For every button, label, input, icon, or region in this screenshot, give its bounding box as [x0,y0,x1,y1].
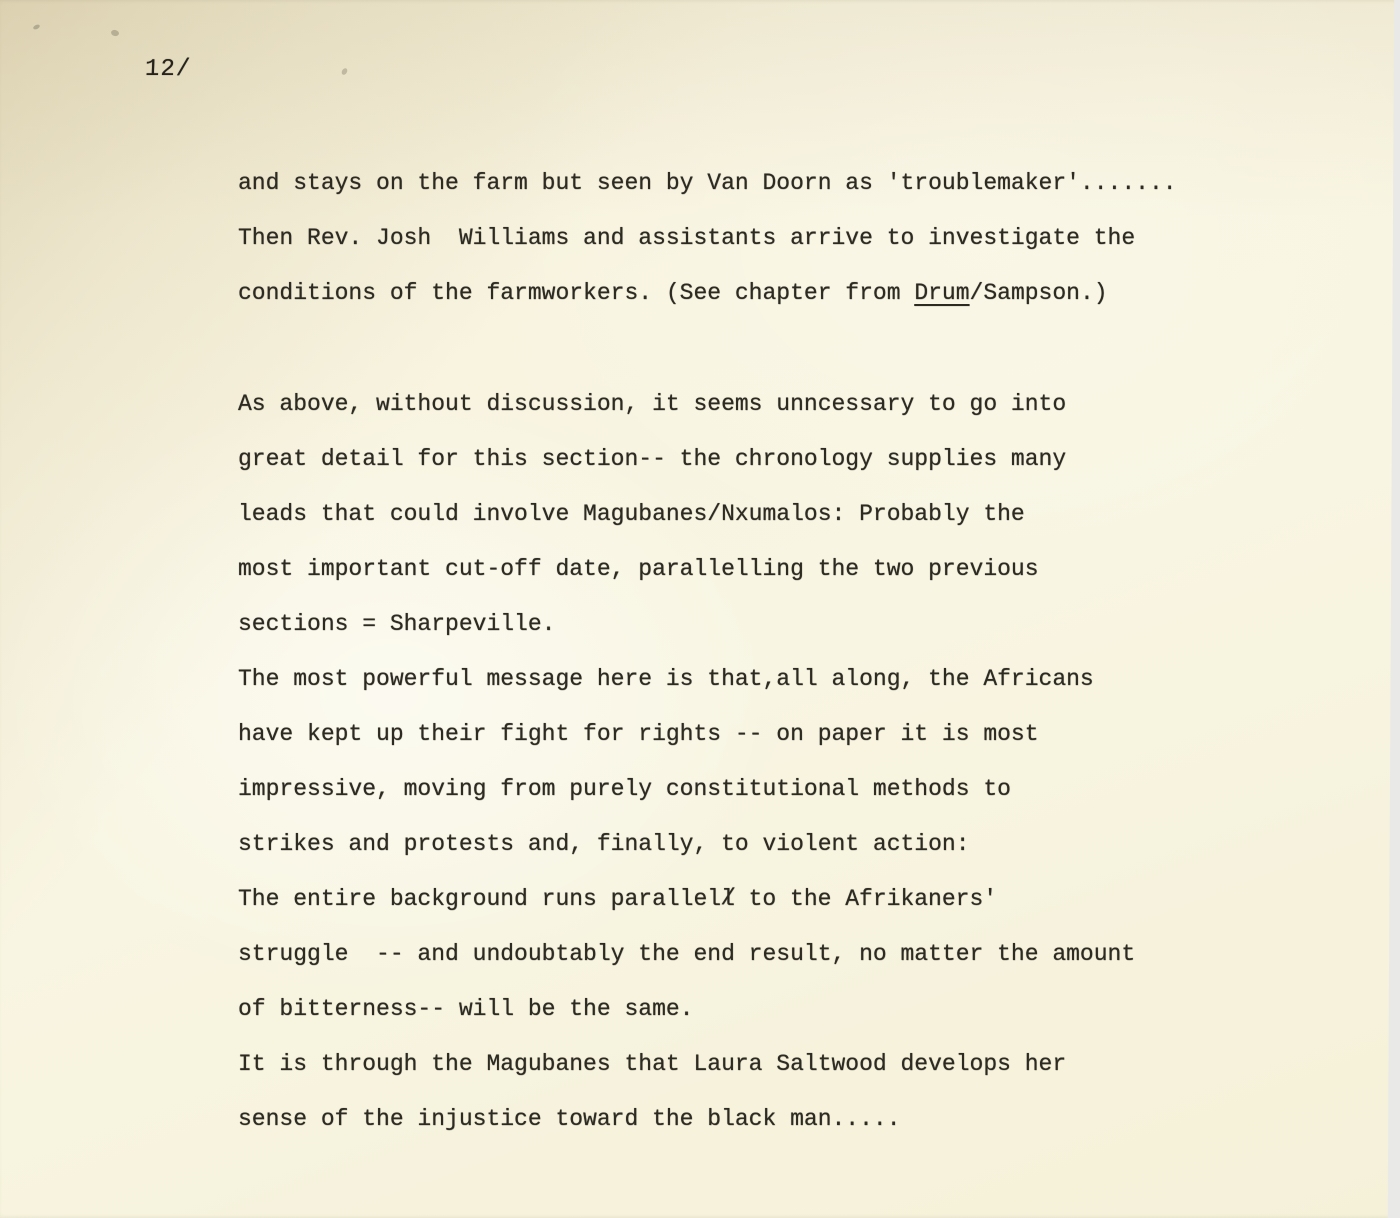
page-number: 12/ [145,56,192,83]
typewritten-line: The entire background runs parallell/ to… [238,872,1238,927]
text-segment: conditions of the farmworkers. (See chap… [238,280,914,306]
typewritten-text: and stays on the farm but seen by Van Do… [238,156,1238,1147]
typewritten-line: most important cut-off date, parallellin… [238,542,1238,597]
typewritten-line: leads that could involve Magubanes/Nxuma… [238,487,1238,542]
text-segment: As above, without discussion, it seems u… [238,391,1066,417]
text-segment: to the Afrikaners' [735,886,997,912]
text-segment: most important cut-off date, parallellin… [238,556,1039,582]
typewritten-line: The most powerful message here is that,a… [238,652,1238,707]
paper-speck [110,29,119,37]
typewritten-line: strikes and protests and, finally, to vi… [238,817,1238,872]
text-segment: leads that could involve Magubanes/Nxuma… [238,501,1025,527]
text-segment: sense of the injustice toward the black … [238,1106,901,1132]
typewritten-line: have kept up their fight for rights -- o… [238,707,1238,762]
overstrike-slash: / [718,871,738,926]
text-segment: have kept up their fight for rights -- o… [238,721,1039,747]
text-segment: /Sampson.) [970,280,1108,306]
paper-speck [341,67,349,76]
typewritten-line: As above, without discussion, it seems u… [238,377,1238,432]
typewritten-line: great detail for this section-- the chro… [238,432,1238,487]
text-segment: sections = Sharpeville. [238,611,555,637]
typewritten-line: struggle -- and undoubtably the end resu… [238,927,1238,982]
underlined-text: Drum [914,280,969,306]
typewritten-line: and stays on the farm but seen by Van Do… [238,156,1238,211]
text-segment: great detail for this section-- the chro… [238,446,1066,472]
typewritten-line: conditions of the farmworkers. (See chap… [238,266,1238,321]
paragraph: As above, without discussion, it seems u… [238,377,1238,1147]
text-segment: struggle -- and undoubtably the end resu… [238,941,1135,967]
typewritten-line: impressive, moving from purely constitut… [238,762,1238,817]
text-segment: The most powerful message here is that,a… [238,666,1094,692]
text-segment: Then Rev. Josh Williams and assistants a… [238,225,1135,251]
typewritten-line: Then Rev. Josh Williams and assistants a… [238,211,1238,266]
text-segment: The entire background runs parallel [238,886,721,912]
text-segment: and stays on the farm but seen by Van Do… [238,170,1177,196]
paragraph: and stays on the farm but seen by Van Do… [238,156,1238,321]
typewritten-line: It is through the Magubanes that Laura S… [238,1037,1238,1092]
typewritten-line: of bitterness-- will be the same. [238,982,1238,1037]
text-segment: strikes and protests and, finally, to vi… [238,831,970,857]
text-segment: It is through the Magubanes that Laura S… [238,1051,1066,1077]
paper-speck [32,24,40,31]
paper-sheet: 12/ and stays on the farm but seen by Va… [0,0,1400,1218]
typewritten-line: sense of the injustice toward the black … [238,1092,1238,1147]
text-segment: of bitterness-- will be the same. [238,996,693,1022]
typewritten-line: sections = Sharpeville. [238,597,1238,652]
text-segment: impressive, moving from purely constitut… [238,776,1011,802]
